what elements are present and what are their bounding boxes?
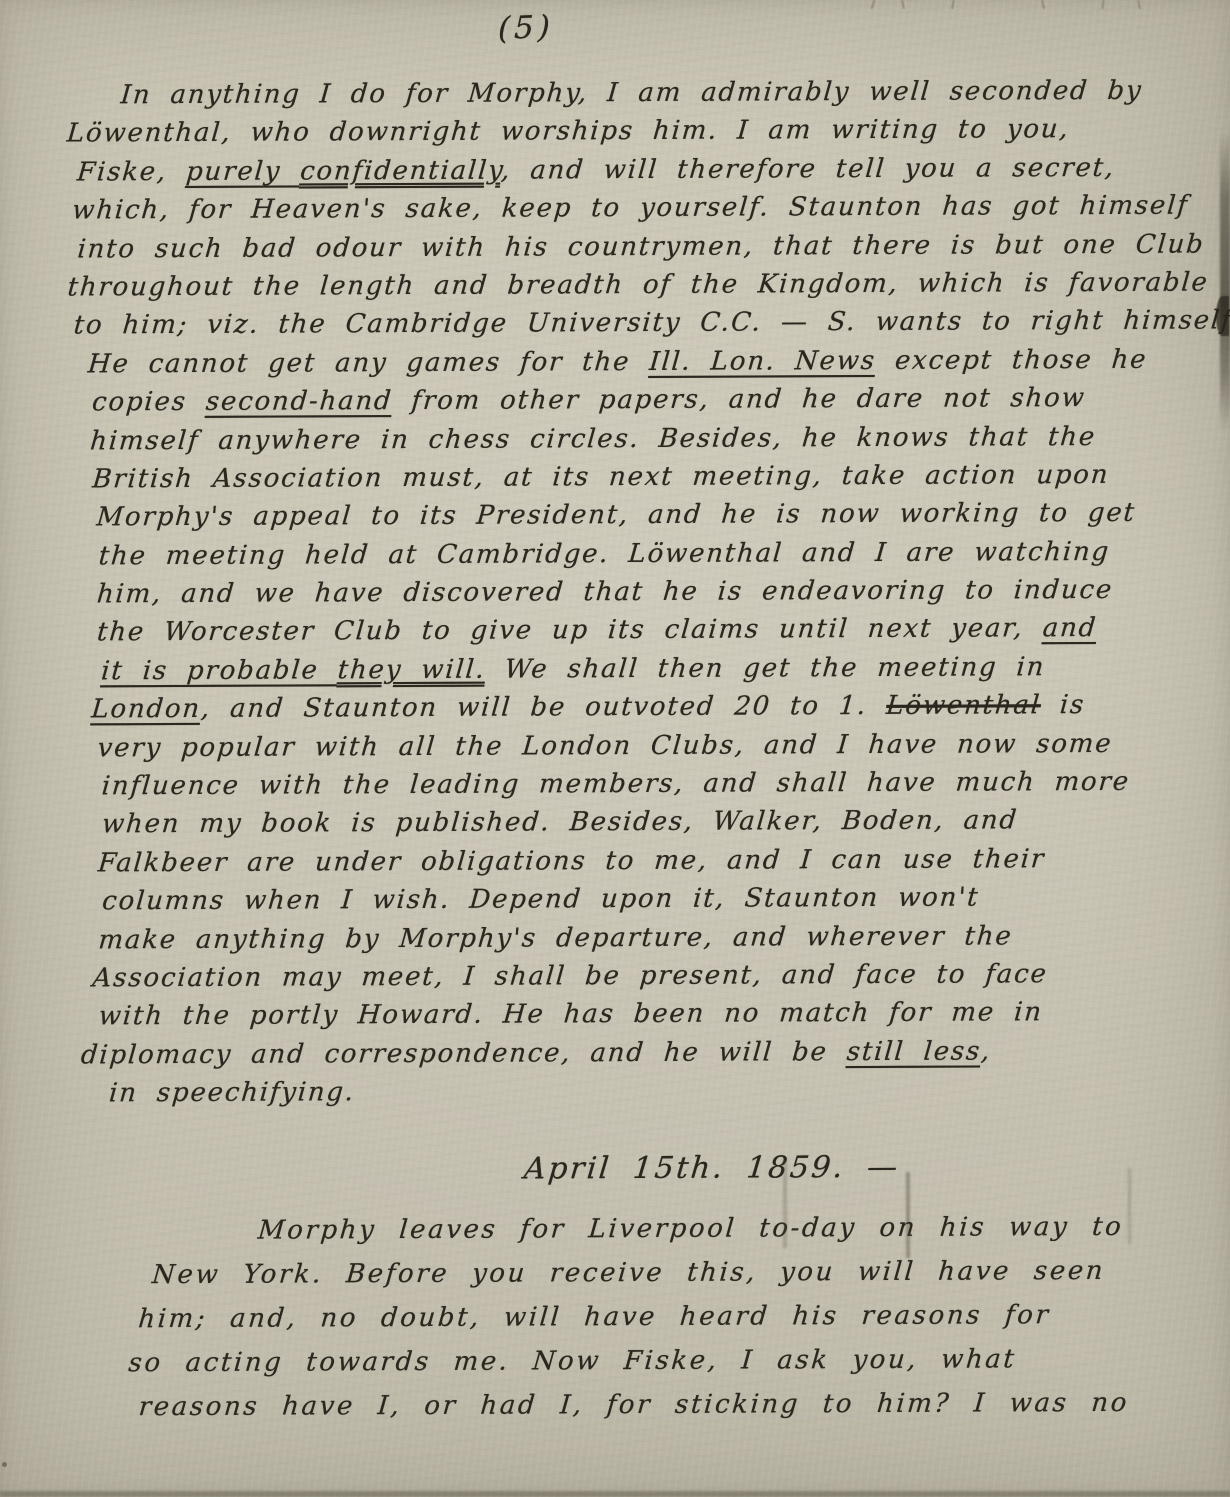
text-segment-u: London	[90, 694, 202, 724]
text-segment: He cannot get any games for the	[87, 347, 651, 379]
handwritten-line: columns when I wish. Depend upon it, Sta…	[69, 878, 1212, 921]
text-segment: very popular with all the London Clubs, …	[96, 729, 1113, 763]
handwritten-line: throughout the length and breadth of the…	[66, 263, 1209, 306]
text-segment: which, for Heaven's sake, keep to yourse…	[71, 191, 1190, 226]
handwritten-line: Association may meet, I shall be present…	[69, 954, 1212, 997]
handwritten-line: with the portly Howard. He has been no m…	[69, 993, 1212, 1036]
handwritten-line: London, and Staunton will be outvoted 20…	[68, 686, 1211, 729]
scan-artifact-speck	[2, 1462, 7, 1467]
text-segment-u: still less	[846, 1036, 983, 1067]
handwritten-line: In anything I do for Morphy, I am admira…	[65, 72, 1208, 115]
scan-artifact-top-tick	[1101, 0, 1104, 9]
handwritten-line: British Association must, at its next me…	[67, 455, 1210, 498]
handwritten-line: New York. Before you receive this, you w…	[70, 1248, 1214, 1297]
scan-artifact-top-tick	[871, 0, 876, 9]
text-segment-u: purely	[185, 156, 302, 187]
text-segment: him; and, no doubt, will have heard his …	[137, 1300, 1052, 1334]
text-segment: Association may meet, I shall be present…	[91, 959, 1048, 993]
text-segment: into such bad odour with his countrymen,…	[76, 229, 1206, 264]
text-segment: Löwenthal, who downright worships him. I…	[66, 114, 1071, 148]
text-segment: diplomacy and correspondence, and he wil…	[80, 1037, 848, 1070]
text-segment: British Association must, at its next me…	[91, 460, 1110, 494]
text-segment: with the portly Howard. He has been no m…	[98, 998, 1044, 1032]
text-segment: , and Staunton will be outvoted 20 to 1.	[200, 691, 888, 724]
text-segment: New York. Before you receive this, you w…	[151, 1256, 1106, 1290]
scan-artifact-bottom-edge	[0, 1491, 1230, 1497]
text-segment-u: and	[1042, 613, 1099, 643]
handwritten-line: the meeting held at Cambridge. Löwenthal…	[67, 532, 1210, 575]
handwritten-line: when my book is published. Besides, Walk…	[68, 801, 1211, 844]
text-segment: We shall then get the meeting in	[485, 652, 1047, 684]
text-segment: the meeting held at Cambridge. Löwenthal…	[98, 537, 1112, 571]
handwritten-line: reasons have I, or had I, for sticking t…	[71, 1380, 1215, 1429]
text-segment: make anything by Morphy's departure, and…	[97, 921, 1014, 955]
handwritten-line: diplomacy and correspondence, and he wil…	[69, 1031, 1212, 1074]
text-segment: in speechifying.	[108, 1077, 356, 1108]
text-segment: columns when I wish. Depend upon it, Sta…	[101, 883, 981, 917]
text-segment: , and will therefore tell you a secret,	[500, 153, 1116, 186]
scan-artifact-top-tick	[1137, 0, 1140, 9]
scan-artifact-top-tick	[1041, 0, 1045, 9]
text-segment: him, and we have discovered that he is e…	[96, 575, 1115, 609]
text-segment: so acting towards me. Now Fiske, I ask y…	[127, 1344, 1017, 1378]
handwritten-line: in speechifying.	[70, 1070, 1213, 1113]
text-segment: throughout the length and breadth of the…	[66, 267, 1210, 302]
text-segment: himself anywhere in chess circles. Besid…	[89, 422, 1097, 456]
text-segment: ,	[980, 1036, 993, 1066]
handwritten-line: Morphy leaves for Liverpool to-day on hi…	[70, 1204, 1214, 1253]
letter-paragraph: In anything I do for Morphy, I am admira…	[65, 72, 1210, 1114]
text-segment: Fiske,	[76, 157, 187, 187]
date-heading: April 15th. 1859. —	[70, 1144, 1214, 1193]
handwritten-line: him, and we have discovered that he is e…	[67, 571, 1210, 614]
text-segment-u: Ill. Lon. News	[648, 346, 877, 377]
handwritten-line: influence with the leading members, and …	[68, 763, 1211, 806]
text-segment: to him; viz. the Cambridge University C.…	[73, 306, 1230, 341]
handwritten-line: make anything by Morphy's departure, and…	[69, 916, 1212, 959]
text-segment: Morphy's appeal to its President, and he…	[95, 498, 1137, 533]
text-segment-u: it is probable	[100, 655, 339, 686]
text-segment-uu: they will.	[337, 655, 487, 686]
text-segment-u: second-hand	[205, 386, 394, 417]
page-number: (5)	[498, 9, 555, 47]
scan-artifact-top-tick	[951, 0, 955, 9]
letter-paragraph: Morphy leaves for Liverpool to-day on hi…	[70, 1204, 1211, 1429]
text-segment: except those he	[875, 345, 1149, 376]
text-segment: is	[1040, 690, 1087, 720]
text-segment: In anything I do for Morphy, I am admira…	[120, 76, 1144, 110]
handwritten-line: to him; viz. the Cambridge University C.…	[66, 302, 1209, 345]
handwritten-line: himself anywhere in chess circles. Besid…	[67, 417, 1210, 460]
handwritten-line: He cannot get any games for the Ill. Lon…	[66, 340, 1209, 383]
handwritten-line: him; and, no doubt, will have heard his …	[71, 1292, 1215, 1341]
scan-artifact-top-tick	[901, 0, 905, 9]
handwritten-line: Löwenthal, who downright worships him. I…	[65, 110, 1208, 153]
text-segment: from other papers, and he dare not show	[391, 383, 1087, 416]
scan-artifact-right-edge-streak	[1220, 132, 1230, 432]
text-segment-uu: confidentially	[299, 155, 503, 186]
handwritten-line: Morphy's appeal to its President, and he…	[67, 494, 1210, 537]
scanned-letter-page: (5) In anything I do for Morphy, I am ad…	[0, 0, 1230, 1497]
handwritten-line: which, for Heaven's sake, keep to yourse…	[66, 187, 1209, 230]
text-segment: Morphy leaves for Liverpool to-day on hi…	[257, 1211, 1125, 1245]
text-segment: reasons have I, or had I, for sticking t…	[138, 1387, 1131, 1421]
handwritten-line: Falkbeer are under obligations to me, an…	[69, 839, 1212, 882]
text-segment: influence with the leading members, and …	[101, 767, 1132, 801]
handwritten-line: copies second-hand from other papers, an…	[67, 379, 1210, 422]
text-segment: the Worcester Club to give up its claims…	[96, 614, 1044, 648]
handwritten-line: the Worcester Club to give up its claims…	[68, 609, 1211, 652]
letter-body: In anything I do for Morphy, I am admira…	[65, 72, 1211, 1430]
handwritten-line: very popular with all the London Clubs, …	[68, 724, 1211, 767]
text-segment: copies	[91, 387, 207, 418]
text-segment: when my book is published. Besides, Walk…	[101, 806, 1019, 840]
text-segment-s: Löwenthal	[885, 690, 1042, 721]
handwritten-line: it is probable they will. We shall then …	[68, 647, 1211, 690]
handwritten-line: into such bad odour with his countrymen,…	[66, 225, 1209, 268]
handwritten-line: so acting towards me. Now Fiske, I ask y…	[71, 1336, 1215, 1385]
text-segment: Falkbeer are under obligations to me, an…	[97, 844, 1046, 878]
handwritten-line: Fiske, purely confidentially, and will t…	[66, 148, 1209, 191]
